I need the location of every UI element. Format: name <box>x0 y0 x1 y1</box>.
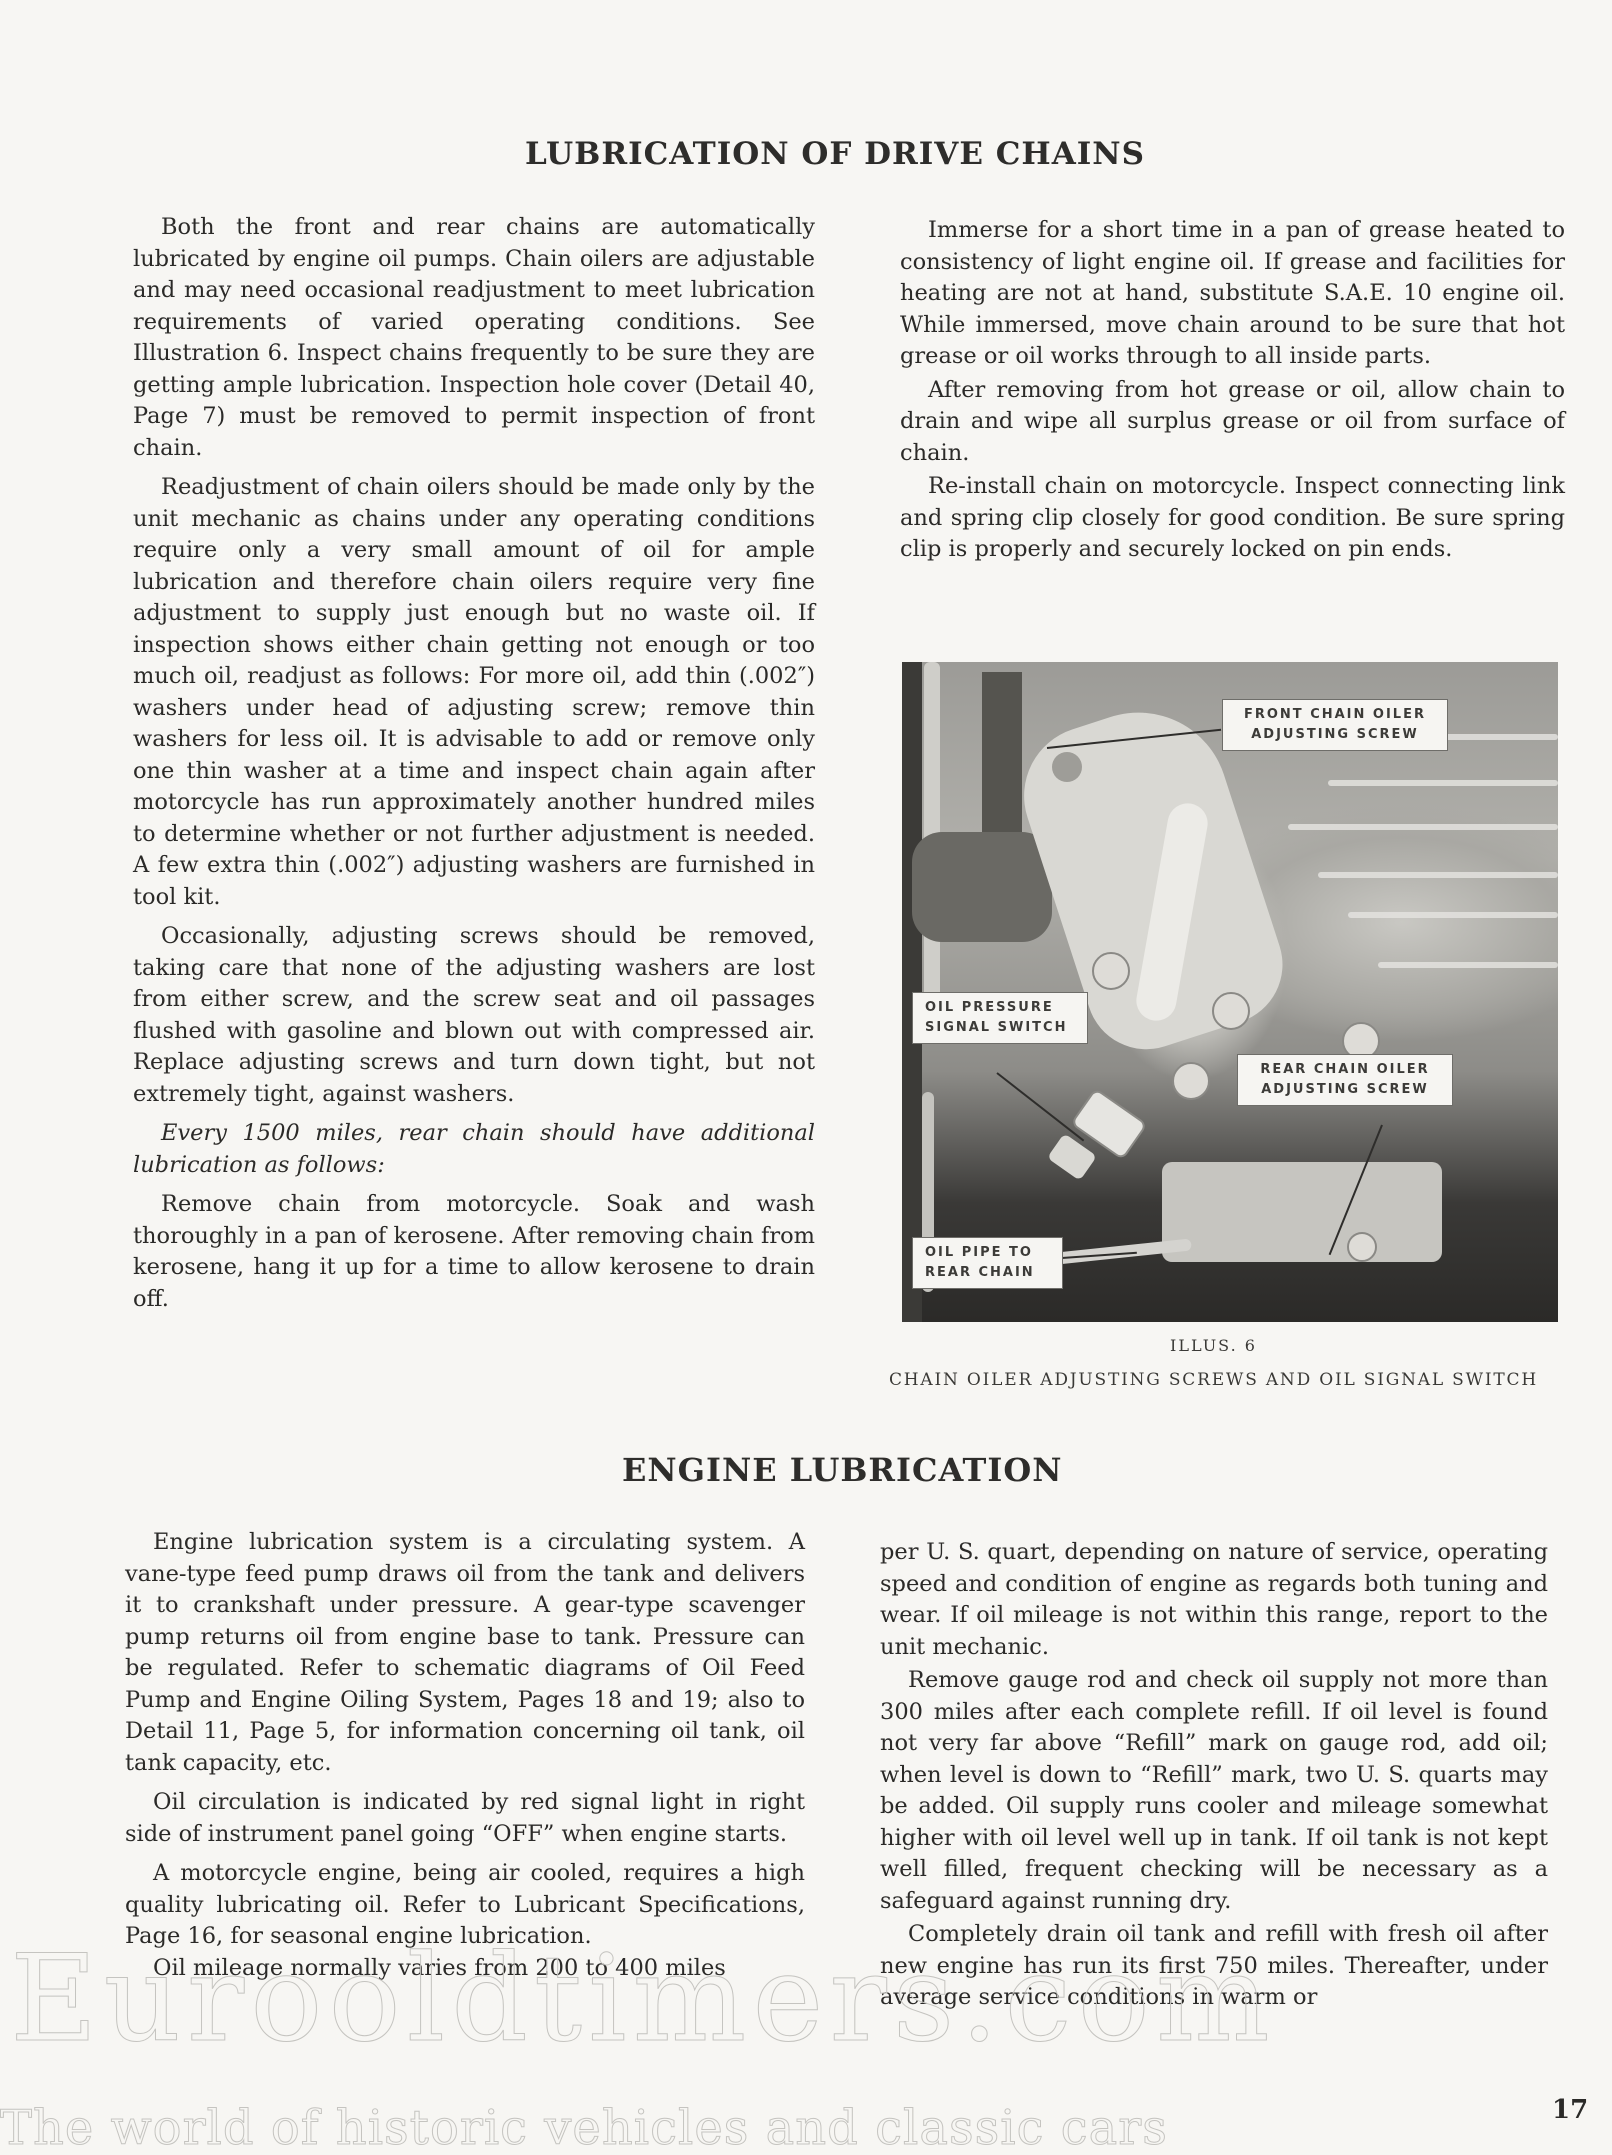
paragraph: After removing from hot grease or oil, a… <box>900 375 1565 470</box>
paragraph: A motorcycle engine, being air cooled, r… <box>125 1858 805 1953</box>
cylinder-fin <box>1288 824 1558 830</box>
watermark-tagline: The world of historic vehicles and class… <box>0 2100 1168 2155</box>
illustration-photo-chain-oilers: FRONT CHAIN OILER ADJUSTING SCREW OIL PR… <box>902 662 1558 1322</box>
page-number: 17 <box>1552 2095 1588 2125</box>
engine-lubrication-column-right: per U. S. quart, depending on nature of … <box>880 1537 1548 2016</box>
paragraph-italic-note: Every 1500 miles, rear chain should have… <box>133 1118 815 1181</box>
bolt <box>1172 1062 1210 1100</box>
cylinder-fin <box>1318 872 1558 878</box>
section-title-engine-lubrication: ENGINE LUBRICATION <box>622 1451 1062 1489</box>
cylinder-fin <box>1348 912 1558 918</box>
paragraph: Remove gauge rod and check oil supply no… <box>880 1665 1548 1917</box>
drive-chains-column-right: Immerse for a short time in a pan of gre… <box>900 215 1565 568</box>
illustration-number: ILLUS. 6 <box>1170 1336 1257 1355</box>
section-title-drive-chains: LUBRICATION OF DRIVE CHAINS <box>525 136 1145 172</box>
bolt <box>1092 952 1130 990</box>
paragraph: Completely drain oil tank and refill wit… <box>880 1919 1548 2014</box>
paragraph: Engine lubrication system is a circulati… <box>125 1527 805 1779</box>
paragraph: per U. S. quart, depending on nature of … <box>880 1537 1548 1663</box>
callout-front-chain-oiler: FRONT CHAIN OILER ADJUSTING SCREW <box>1222 699 1448 751</box>
paragraph: Oil mileage normally varies from 200 to … <box>125 1953 805 1985</box>
paragraph: Occasionally, adjusting screws should be… <box>133 921 815 1110</box>
drive-chains-column-left: Both the front and rear chains are autom… <box>133 212 815 1315</box>
paragraph: Both the front and rear chains are autom… <box>133 212 815 464</box>
cylinder-fin <box>1378 962 1558 968</box>
callout-oil-pressure-switch: OIL PRESSURE SIGNAL SWITCH <box>912 992 1088 1044</box>
signal-switch-terminal <box>1047 1133 1097 1181</box>
shadow <box>982 672 1022 842</box>
paragraph: Remove chain from motorcycle. Soak and w… <box>133 1189 815 1315</box>
leader-line <box>996 1072 1084 1141</box>
cylinder-fin <box>1328 780 1558 786</box>
paragraph: Readjustment of chain oilers should be m… <box>133 472 815 913</box>
paragraph: Oil circulation is indicated by red sign… <box>125 1787 805 1850</box>
rear-chain-oiler-screw <box>1347 1232 1377 1262</box>
engine-lubrication-column-left: Engine lubrication system is a circulati… <box>125 1527 805 1984</box>
callout-oil-pipe: OIL PIPE TO REAR CHAIN <box>912 1237 1063 1289</box>
crankcase <box>1162 1162 1442 1262</box>
paragraph: Re-install chain on motorcycle. Inspect … <box>900 471 1565 566</box>
pump-plug <box>1052 752 1082 782</box>
paragraph: Immerse for a short time in a pan of gre… <box>900 215 1565 373</box>
bolt <box>1212 992 1250 1030</box>
bracket <box>912 832 1052 942</box>
illustration-caption: CHAIN OILER ADJUSTING SCREWS AND OIL SIG… <box>889 1370 1538 1390</box>
callout-rear-chain-oiler: REAR CHAIN OILER ADJUSTING SCREW <box>1237 1054 1453 1106</box>
